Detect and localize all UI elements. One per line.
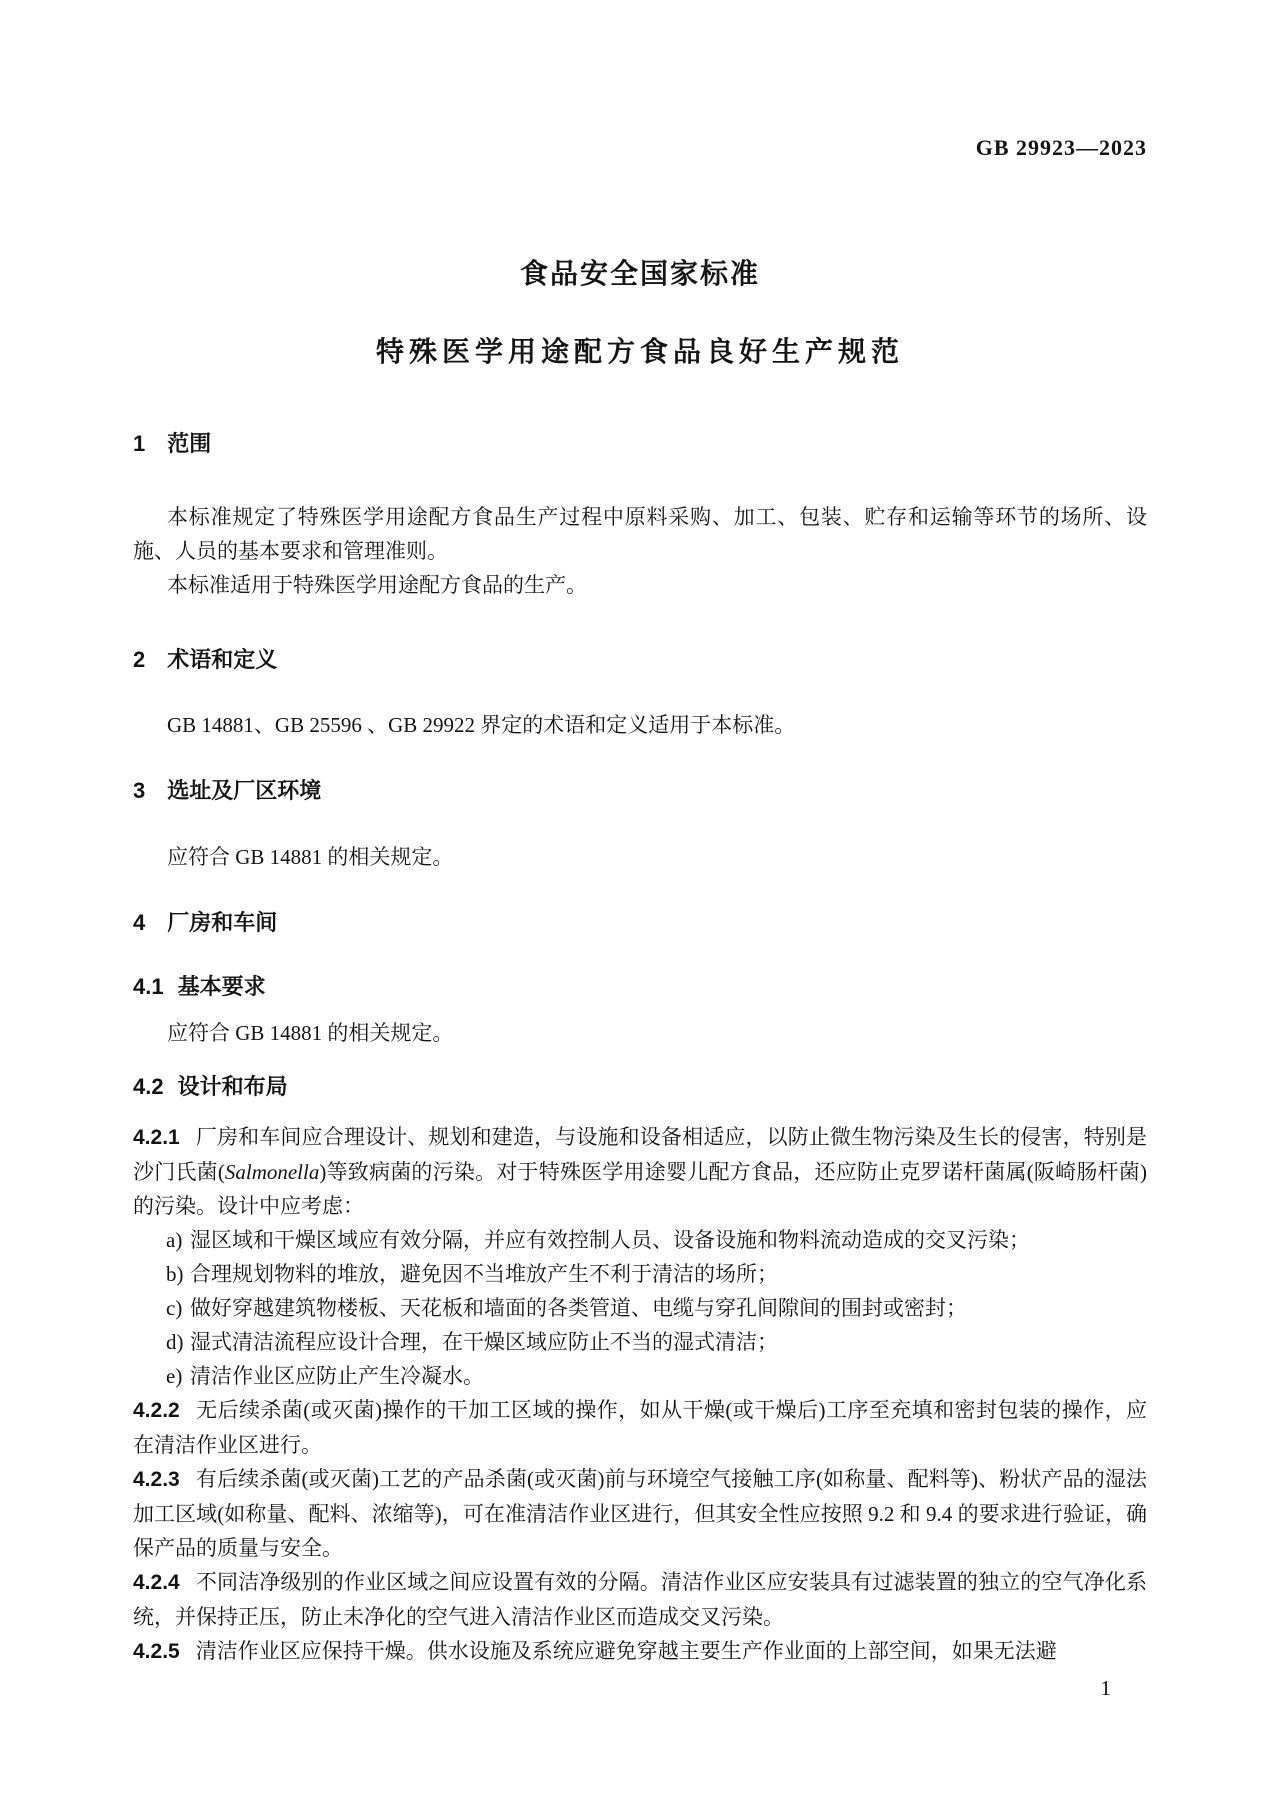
terms-paragraph: GB 14881、GB 25596 、GB 29922 界定的术语和定义适用于本…: [133, 708, 1147, 742]
clause-number: 4.2.4: [133, 1571, 180, 1594]
heading-plant-workshop: 4厂房和车间: [133, 909, 1147, 937]
species-name-italic: Salmonella: [225, 1160, 320, 1184]
section-number: 3: [133, 778, 145, 803]
clause-text: 清洁作业区应保持干燥。供水设施及系统应避免穿越主要生产作业面的上部空间，如果无法…: [196, 1639, 1057, 1663]
scope-paragraph-1: 本标准规定了特殊医学用途配方食品生产过程中原料采购、加工、包装、贮存和运输等环节…: [133, 500, 1147, 568]
list-marker: d): [166, 1325, 190, 1359]
doc-number: GB 29923—2023: [133, 135, 1147, 161]
heading-scope: 1范围: [133, 430, 1147, 458]
list-item-d: d)湿式清洁流程应设计合理，在干燥区域应防止不当的湿式清洁；: [166, 1325, 1147, 1359]
scope-paragraph-2: 本标准适用于特殊医学用途配方食品的生产。: [133, 568, 1147, 602]
list-item-text: 合理规划物料的堆放，避免因不当堆放产生不利于清洁的场所；: [190, 1257, 1147, 1291]
doc-title: 食品安全国家标准: [133, 254, 1147, 294]
basic-requirements-paragraph: 应符合 GB 14881 的相关规定。: [133, 1016, 1147, 1050]
list-item-e: e)清洁作业区应防止产生冷凝水。: [166, 1359, 1147, 1393]
list-item-b: b)合理规划物料的堆放，避免因不当堆放产生不利于清洁的场所；: [166, 1257, 1147, 1291]
list-item-c: c)做好穿越建筑物楼板、天花板和墙面的各类管道、电缆与穿孔间隙间的围封或密封；: [166, 1291, 1147, 1325]
list-item-text: 做好穿越建筑物楼板、天花板和墙面的各类管道、电缆与穿孔间隙间的围封或密封；: [190, 1291, 1147, 1325]
section-title: 基本要求: [178, 974, 266, 999]
page-number: 1: [133, 1671, 1147, 1705]
standard-document-page: GB 29923—2023 食品安全国家标准 特殊医学用途配方食品良好生产规范 …: [0, 0, 1280, 1810]
section-number: 2: [133, 647, 145, 672]
site-paragraph: 应符合 GB 14881 的相关规定。: [133, 840, 1147, 874]
heading-basic-requirements: 4.1基本要求: [133, 973, 1147, 1001]
clause-4-2-3: 4.2.3有后续杀菌(或灭菌)工艺的产品杀菌(或灭菌)前与环境空气接触工序(如称…: [133, 1462, 1147, 1565]
list-marker: e): [166, 1359, 190, 1393]
design-considerations-list: a)湿区域和干燥区域应有效分隔，并应有效控制人员、设备设施和物料流动造成的交叉污…: [133, 1223, 1147, 1393]
clause-number: 4.2.5: [133, 1640, 180, 1663]
clause-text: 有后续杀菌(或灭菌)工艺的产品杀菌(或灭菌)前与环境空气接触工序(如称量、配料等…: [133, 1467, 1147, 1560]
clause-4-2-4: 4.2.4不同洁净级别的作业区域之间应设置有效的分隔。清洁作业区应安装具有过滤装…: [133, 1565, 1147, 1634]
heading-terms: 2术语和定义: [133, 646, 1147, 674]
clause-4-2-2: 4.2.2无后续杀菌(或灭菌)操作的干加工区域的操作，如从干燥(或干燥后)工序至…: [133, 1393, 1147, 1462]
list-marker: c): [166, 1291, 190, 1325]
list-marker: a): [166, 1223, 190, 1257]
clause-text: 不同洁净级别的作业区域之间应设置有效的分隔。清洁作业区应安装具有过滤装置的独立的…: [133, 1570, 1147, 1629]
section-number: 4.1: [133, 974, 164, 999]
heading-design-layout: 4.2设计和布局: [133, 1073, 1147, 1101]
section-title: 范围: [167, 431, 211, 456]
list-item-text: 清洁作业区应防止产生冷凝水。: [190, 1359, 1147, 1393]
section-number: 4: [133, 910, 145, 935]
clause-text: 无后续杀菌(或灭菌)操作的干加工区域的操作，如从干燥(或干燥后)工序至充填和密封…: [133, 1398, 1147, 1457]
section-title: 术语和定义: [167, 647, 277, 672]
section-title: 选址及厂区环境: [167, 778, 321, 803]
list-item-text: 湿式清洁流程应设计合理，在干燥区域应防止不当的湿式清洁；: [190, 1325, 1147, 1359]
list-item-text: 湿区域和干燥区域应有效分隔，并应有效控制人员、设备设施和物料流动造成的交叉污染；: [190, 1223, 1147, 1257]
clause-number: 4.2.3: [133, 1468, 180, 1491]
section-number: 1: [133, 431, 145, 456]
clause-number: 4.2.2: [133, 1399, 180, 1422]
list-item-a: a)湿区域和干燥区域应有效分隔，并应有效控制人员、设备设施和物料流动造成的交叉污…: [166, 1223, 1147, 1257]
section-title: 厂房和车间: [167, 910, 277, 935]
list-marker: b): [166, 1257, 190, 1291]
section-number: 4.2: [133, 1074, 164, 1099]
clause-number: 4.2.1: [133, 1126, 180, 1149]
section-title: 设计和布局: [178, 1074, 288, 1099]
clause-4-2-5: 4.2.5清洁作业区应保持干燥。供水设施及系统应避免穿越主要生产作业面的上部空间…: [133, 1634, 1147, 1669]
doc-subtitle: 特殊医学用途配方食品良好生产规范: [133, 332, 1147, 372]
clause-4-2-1: 4.2.1厂房和车间应合理设计、规划和建造，与设施和设备相适应，以防止微生物污染…: [133, 1120, 1147, 1223]
heading-site-environment: 3选址及厂区环境: [133, 777, 1147, 805]
